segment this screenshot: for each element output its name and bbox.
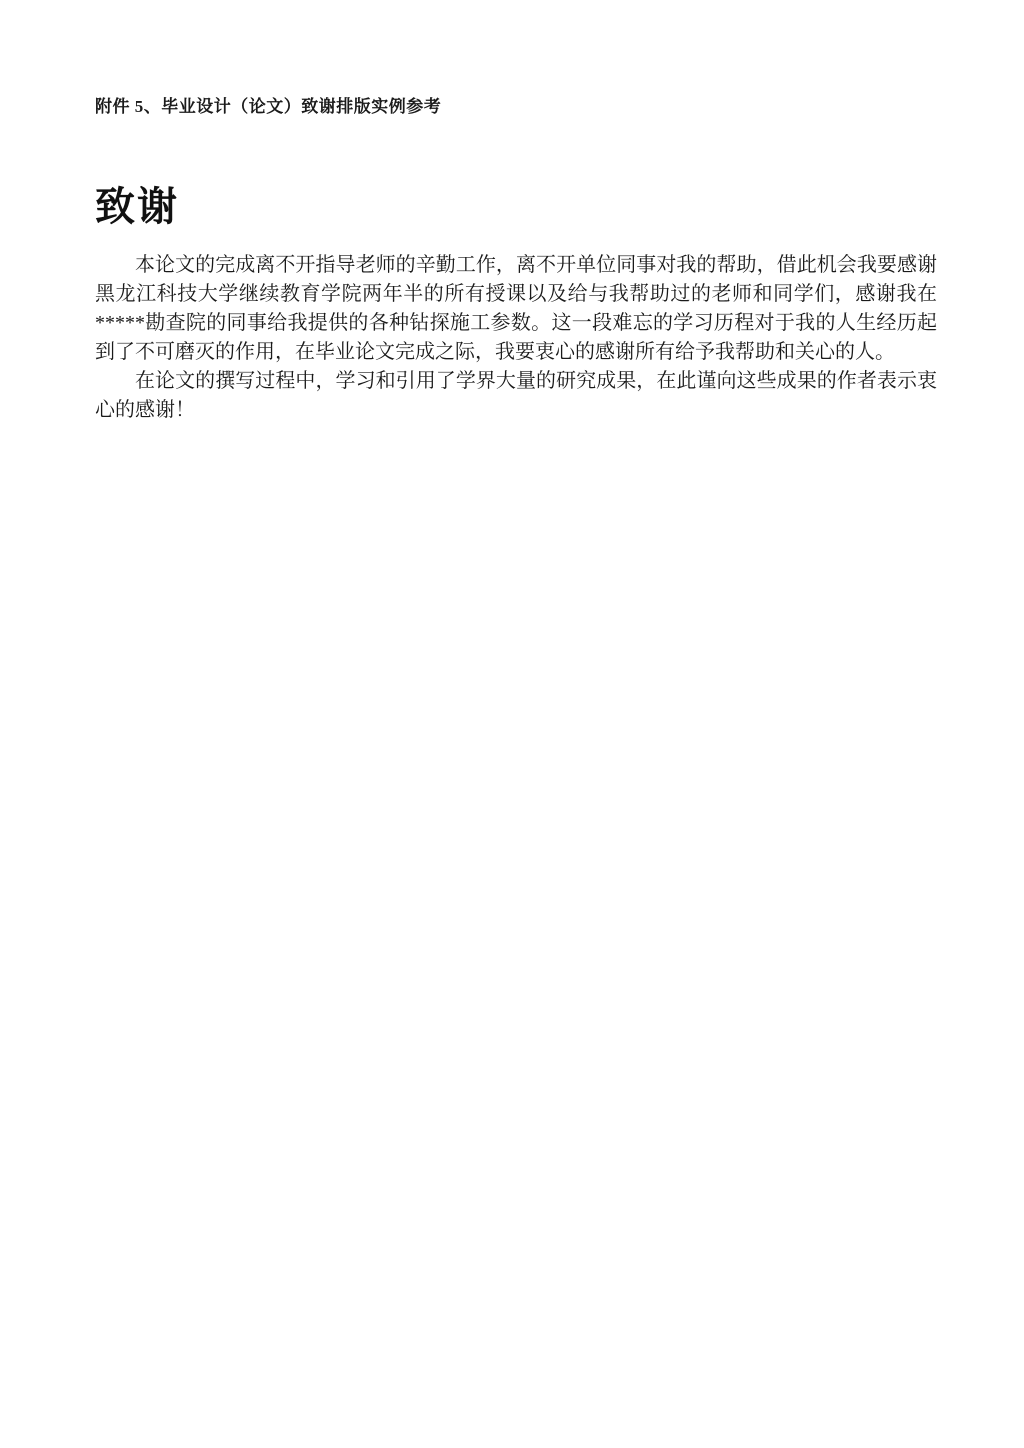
document-page: 附件 5、毕业设计（论文）致谢排版实例参考 致谢 本论文的完成离不开指导老师的辛… bbox=[0, 0, 1024, 1448]
acknowledgment-paragraph-2: 在论文的撰写过程中，学习和引用了学界大量的研究成果，在此谨向这些成果的作者表示衷… bbox=[95, 367, 937, 425]
attachment-header: 附件 5、毕业设计（论文）致谢排版实例参考 bbox=[95, 92, 937, 117]
acknowledgment-paragraph-1: 本论文的完成离不开指导老师的辛勤工作，离不开单位同事对我的帮助，借此机会我要感谢… bbox=[95, 251, 937, 367]
acknowledgment-body: 本论文的完成离不开指导老师的辛勤工作，离不开单位同事对我的帮助，借此机会我要感谢… bbox=[95, 251, 937, 425]
acknowledgment-title: 致谢 bbox=[95, 185, 937, 229]
document-content: 附件 5、毕业设计（论文）致谢排版实例参考 致谢 本论文的完成离不开指导老师的辛… bbox=[95, 0, 937, 425]
